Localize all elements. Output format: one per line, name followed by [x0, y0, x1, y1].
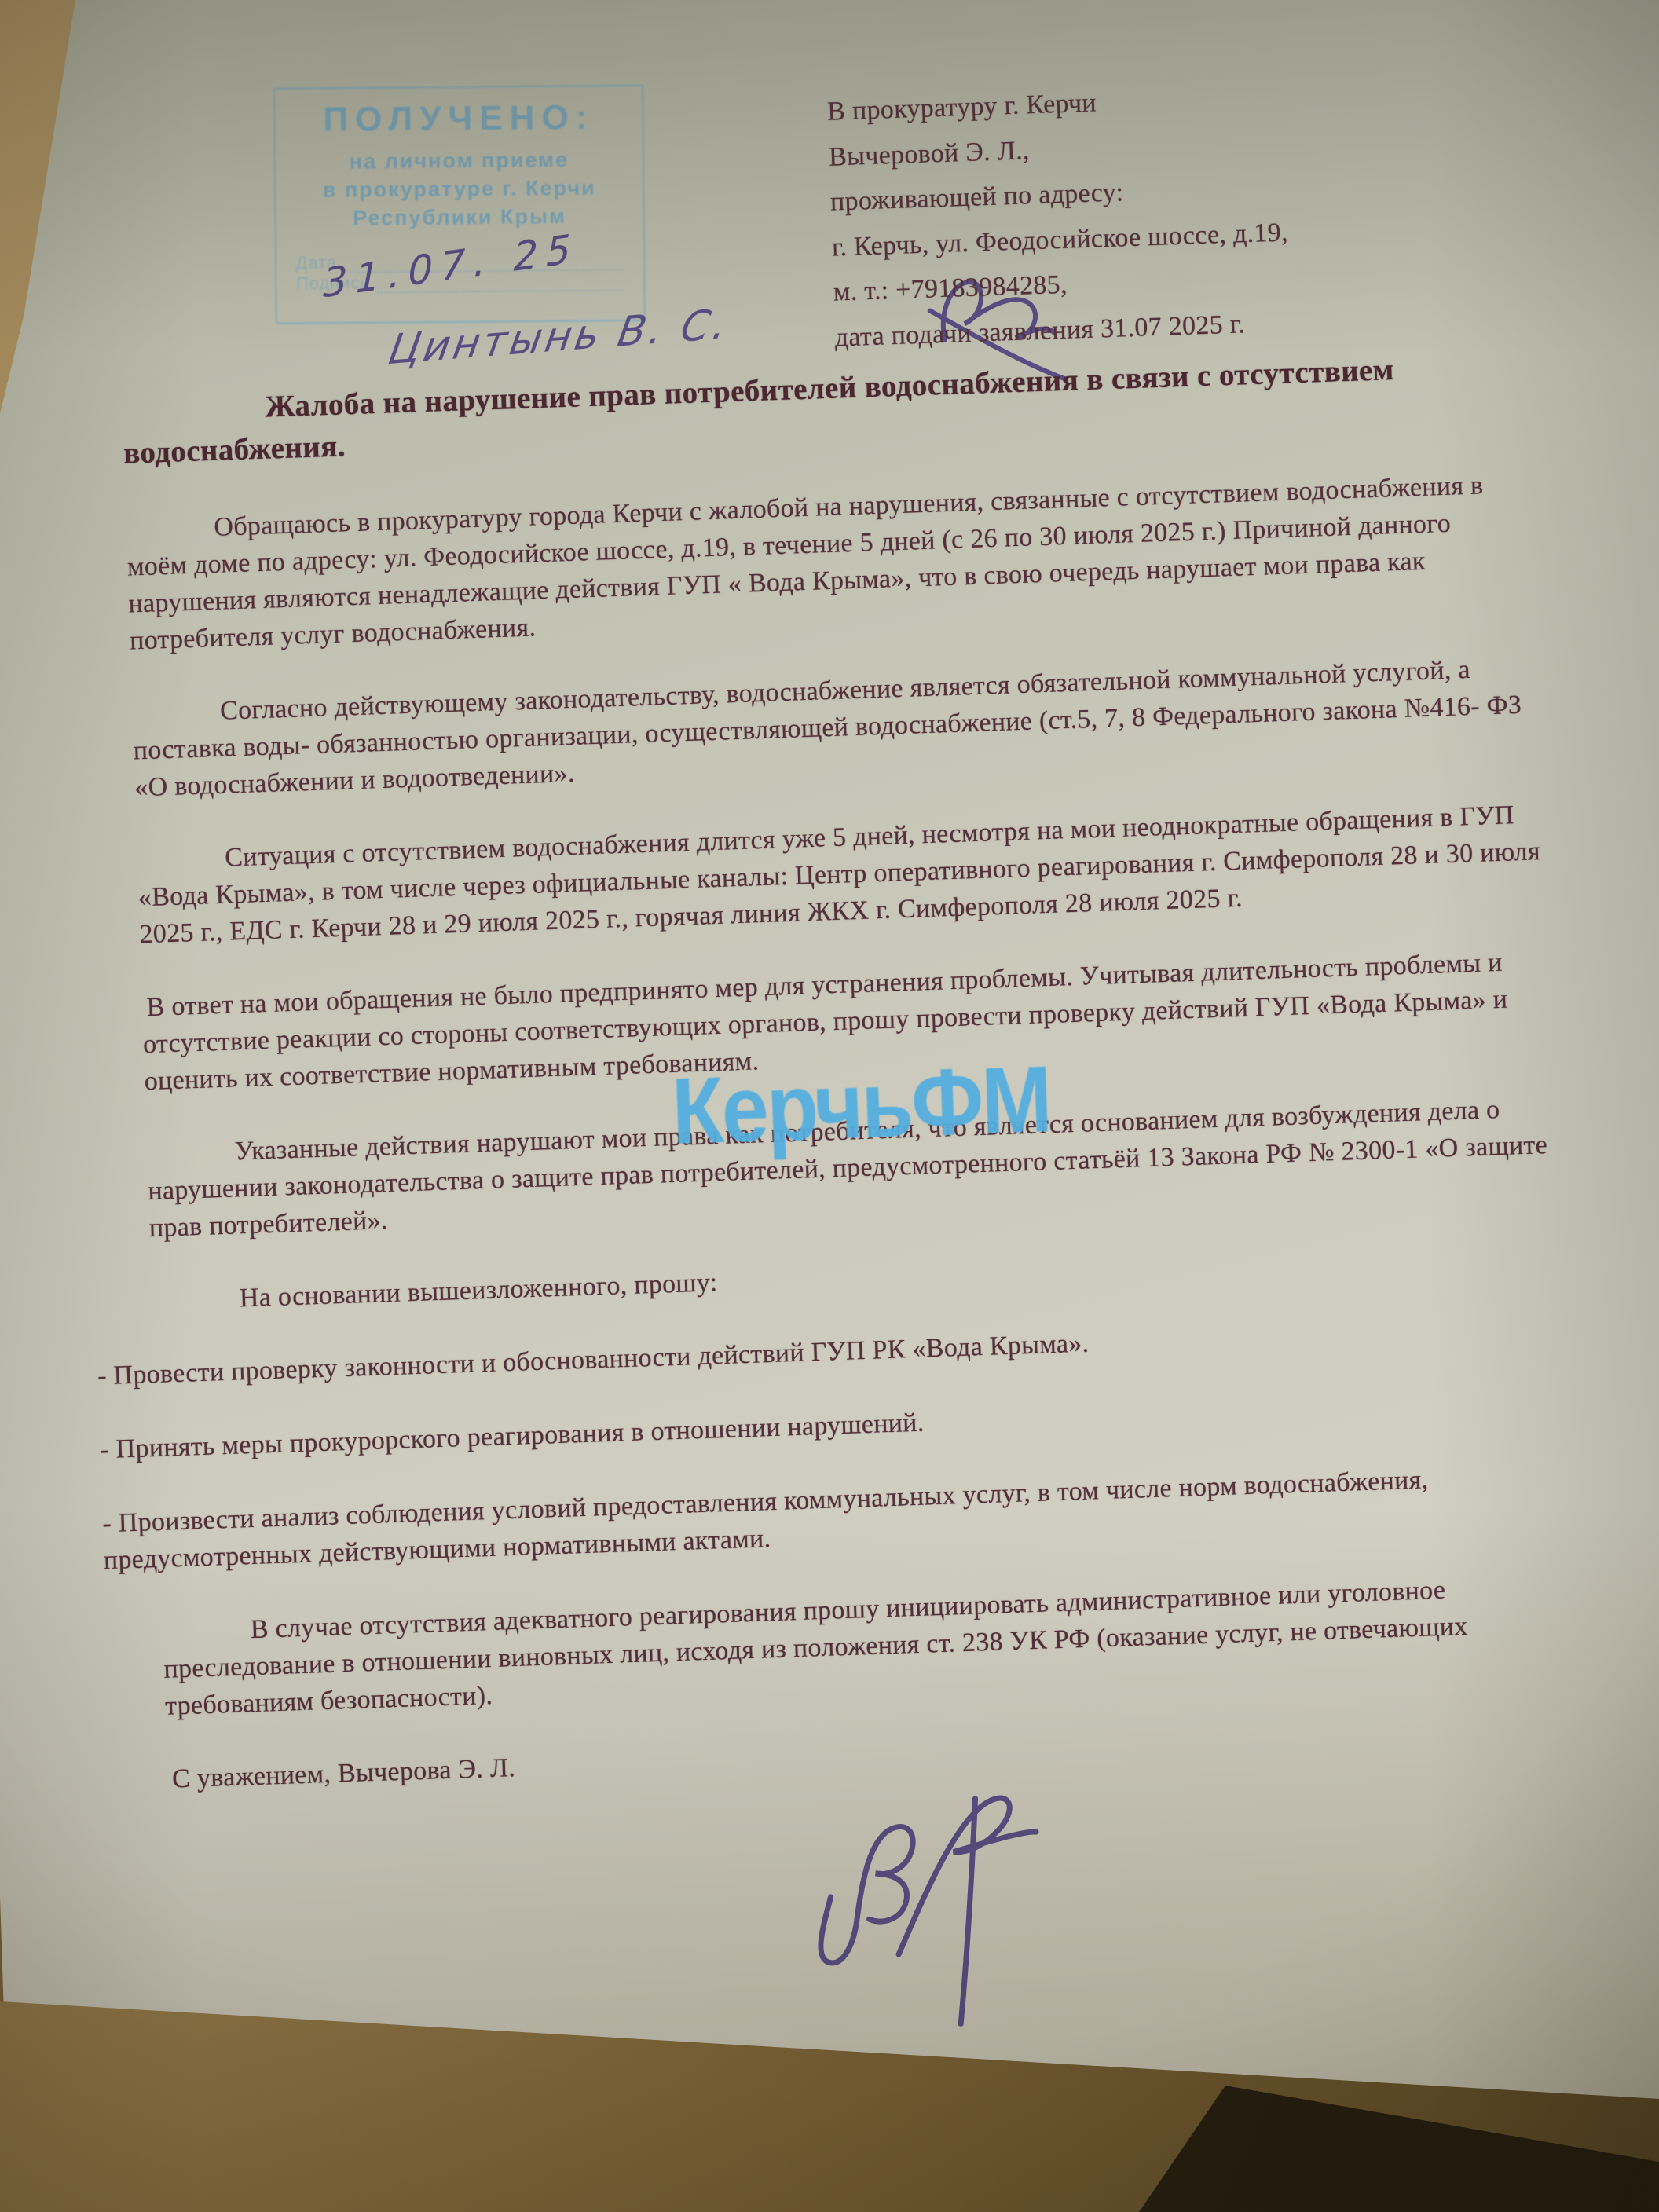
paragraph-escalation-warning: В случае отсутствия адекватного реагиров… [162, 1567, 1577, 1725]
document-body: Жалоба на нарушение прав потребителей во… [0, 0, 1659, 1840]
watermark-kerchfm: КерчьФМ [670, 1052, 1051, 1159]
request-item-prosecutor-measures: - Принять меры прокурорского реагировани… [99, 1382, 1568, 1468]
request-item-check-legality: - Провести проверку законности и обоснов… [97, 1309, 1566, 1394]
applicant-signature-ink [778, 1764, 1046, 2056]
paper-sheet: ПОЛУЧЕНО: на личном приеме в прокуратуре… [0, 0, 1659, 2170]
request-item-analyze-conditions: - Произвести анализ соблюдения условий п… [102, 1456, 1572, 1579]
document-title: Жалоба на нарушение прав потребителей во… [122, 344, 1536, 474]
paragraph-situation-details: Ситуация с отсутствием водоснабжения дли… [137, 796, 1551, 954]
photo-of-complaint-letter: ПОЛУЧЕНО: на личном приеме в прокуратуре… [0, 0, 1659, 2212]
paragraph-legal-basis: Согласно действующему законодательству, … [131, 649, 1546, 807]
paragraph-complaint-intro: Обращаюсь в прокуратуру города Керчи с ж… [126, 465, 1541, 659]
petition-intro: На основании вышеизложенного, прошу: [151, 1236, 1563, 1320]
